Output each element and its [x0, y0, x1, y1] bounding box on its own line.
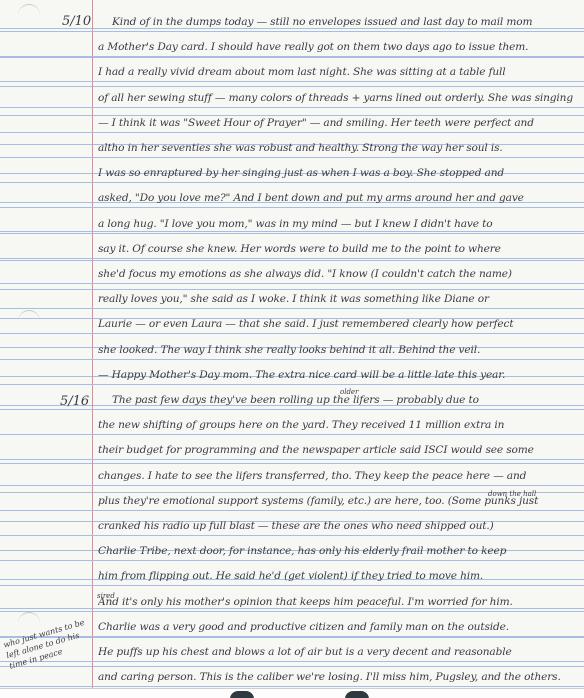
notebook-page: 5/10 5/16 Kind of in the dumps today — s…	[0, 0, 584, 688]
handwritten-line: really loves you," she said as I woke. I…	[98, 293, 582, 305]
ruled-line	[0, 56, 584, 57]
ruled-line	[0, 157, 584, 158]
handwritten-line: I was so enraptured by her singing just …	[98, 167, 582, 179]
handwritten-line: — Happy Mother's Day mom. The extra nice…	[98, 369, 582, 381]
ruled-line	[0, 308, 584, 309]
insertion-text: down the hall	[488, 490, 536, 498]
ruled-line	[0, 510, 584, 511]
handwritten-line: she looked. The way I think she really l…	[98, 344, 582, 356]
handwritten-line: altho in her seventies she was robust an…	[98, 142, 582, 154]
ruled-line	[0, 283, 584, 284]
ruled-line	[0, 661, 584, 662]
ruled-line	[0, 585, 584, 586]
handwritten-line: say it. Of course she knew. Her words we…	[98, 243, 582, 255]
ruled-line	[0, 409, 584, 410]
entry-date: 5/10	[62, 14, 91, 29]
handwritten-line: of all her sewing stuff — many colors of…	[98, 92, 582, 104]
handwritten-line: — I think it was "Sweet Hour of Prayer" …	[98, 117, 582, 129]
handwritten-line: their budget for programming and the new…	[98, 444, 582, 456]
handwritten-line: I had a really vivid dream about mom las…	[98, 66, 582, 78]
ruled-line	[0, 258, 584, 259]
clip-tab	[230, 691, 254, 698]
handwritten-line: cranked his radio up full blast — these …	[98, 520, 582, 532]
page-bottom-edge	[0, 688, 584, 698]
handwritten-line: Laurie — or even Laura — that she said. …	[98, 318, 582, 330]
handwritten-line: He puffs up his chest and blows a lot of…	[98, 646, 582, 658]
ruled-line	[0, 485, 584, 486]
handwritten-line: Charlie Tribe, next door, for instance, …	[98, 545, 582, 557]
ruled-line	[0, 611, 584, 612]
ruled-line	[0, 560, 584, 561]
ruled-line	[0, 359, 584, 360]
ruled-line	[0, 207, 584, 208]
handwritten-line: him from flipping out. He said he'd (get…	[98, 570, 582, 582]
handwritten-line: the new shifting of groups here on the y…	[98, 419, 582, 431]
handwritten-line: a Mother's Day card. I should have reall…	[98, 41, 582, 53]
insertion-text: older	[340, 388, 358, 396]
ruled-line	[0, 233, 584, 234]
entry-date: 5/16	[60, 394, 89, 409]
handwritten-line: she'd focus my emotions as she always di…	[98, 268, 582, 280]
handwritten-line: Kind of in the dumps today — still no en…	[112, 16, 584, 28]
handwritten-line: Charlie was a very good and productive c…	[98, 621, 582, 633]
ruled-line	[0, 535, 584, 536]
clip-tab	[345, 691, 369, 698]
margin-note: who just wants to be left alone to do hi…	[2, 615, 100, 672]
insertion-text: sired	[97, 592, 115, 600]
ruled-line	[0, 333, 584, 334]
ruled-line	[0, 132, 584, 133]
handwritten-line: asked, "Do you love me?" And I bent down…	[98, 192, 582, 204]
handwritten-line: changes. I hate to see the lifers transf…	[98, 470, 582, 482]
handwritten-line: and caring person. This is the caliber w…	[98, 671, 582, 683]
ruled-line	[0, 384, 584, 385]
ruled-line	[0, 107, 584, 108]
ruled-line	[0, 31, 584, 32]
handwritten-line: And it's only his mother's opinion that …	[98, 596, 582, 608]
binder-hole	[18, 4, 40, 27]
ruled-line	[0, 434, 584, 435]
binder-hole	[18, 310, 40, 333]
ruled-line	[0, 459, 584, 460]
ruled-line	[0, 182, 584, 183]
handwritten-line: a long hug. "I love you mom," was in my …	[98, 218, 582, 230]
ruled-line	[0, 81, 584, 82]
